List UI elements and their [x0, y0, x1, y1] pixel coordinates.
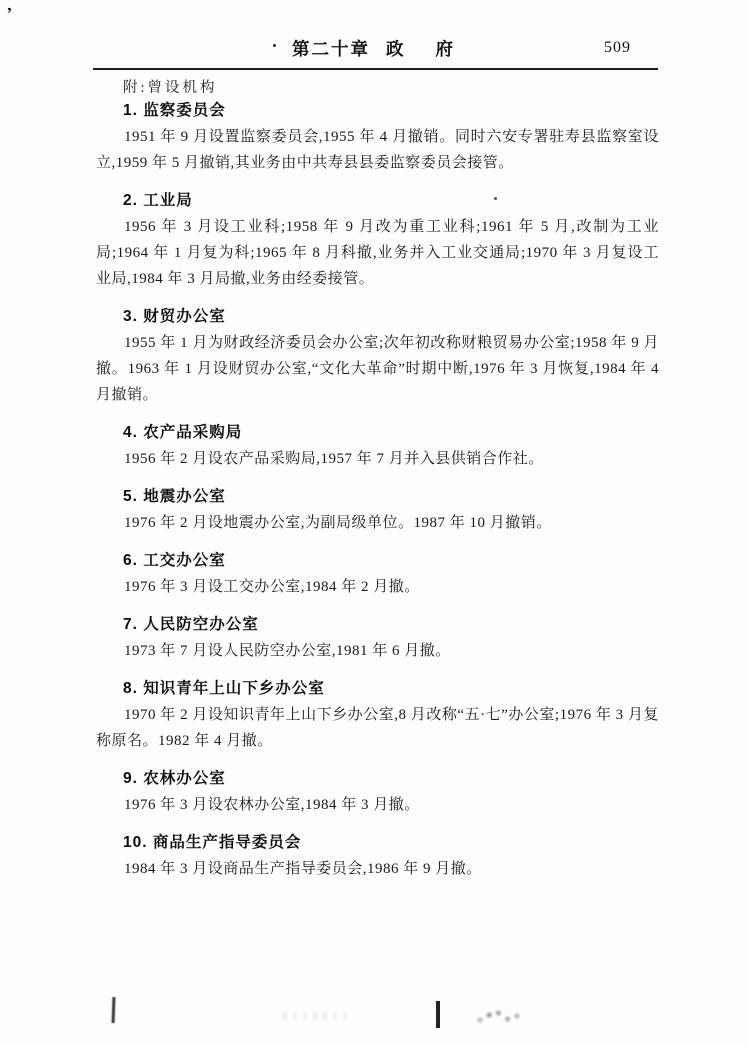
attachment-note: 附:曾设机构	[96, 78, 659, 98]
scan-artifact-tick	[112, 997, 116, 1023]
ink-corner-mark: ’	[6, 4, 14, 24]
section-heading: 9. 农林办公室	[96, 766, 659, 792]
scan-artifact-smudge	[457, 1007, 549, 1027]
section-8: 8. 知识青年上山下乡办公室 1970 年 2 月设知识青年上山下乡办公室,8 …	[96, 676, 659, 754]
section-body: 1976 年 3 月设农林办公室,1984 年 3 月撤。	[96, 792, 659, 818]
section-1: 1. 监察委员会 1951 年 9 月设置监察委员会,1955 年 4 月撤销。…	[96, 98, 659, 176]
section-body: 1973 年 7 月设人民防空办公室,1981 年 6 月撤。	[96, 638, 659, 664]
section-body: 1956 年 2 月设农产品采购局,1957 年 7 月并入县供销合作社。	[96, 446, 659, 472]
section-6: 6. 工交办公室 1976 年 3 月设工交办公室,1984 年 2 月撤。	[96, 548, 659, 600]
section-body: 1956 年 3 月设工业科;1958 年 9 月改为重工业科;1961 年 5…	[96, 214, 659, 292]
scan-speck	[273, 44, 276, 47]
scanned-document-page: ’ 第二十章 政 府 509 附:曾设机构 1. 监察委员会 1951 年 9 …	[0, 0, 747, 1046]
section-heading: 3. 财贸办公室	[96, 304, 659, 330]
section-4: 4. 农产品采购局 1956 年 2 月设农产品采购局,1957 年 7 月并入…	[96, 420, 659, 472]
section-10: 10. 商品生产指导委员会 1984 年 3 月设商品生产指导委员会,1986 …	[96, 830, 659, 882]
section-heading: 7. 人民防空办公室	[96, 612, 659, 638]
chapter-title-word-1: 政	[386, 36, 406, 61]
chapter-title: 第二十章 政 府	[0, 36, 747, 61]
header-rule	[93, 68, 658, 70]
chapter-title-word-2: 府	[436, 36, 456, 61]
section-heading: 4. 农产品采购局	[96, 420, 659, 446]
section-9: 9. 农林办公室 1976 年 3 月设农林办公室,1984 年 3 月撤。	[96, 766, 659, 818]
section-7: 7. 人民防空办公室 1973 年 7 月设人民防空办公室,1981 年 6 月…	[96, 612, 659, 664]
page-number: 509	[604, 39, 631, 57]
section-body: 1955 年 1 月为财政经济委员会办公室;次年初改称财粮贸易办公室;1958 …	[96, 330, 659, 408]
section-heading: 8. 知识青年上山下乡办公室	[96, 676, 659, 702]
section-heading: 5. 地震办公室	[96, 484, 659, 510]
section-heading: 1. 监察委员会	[96, 98, 659, 124]
section-heading: 2. 工业局	[96, 188, 659, 214]
section-heading: 6. 工交办公室	[96, 548, 659, 574]
section-body: 1976 年 3 月设工交办公室,1984 年 2 月撤。	[96, 574, 659, 600]
section-5: 5. 地震办公室 1976 年 2 月设地震办公室,为副局级单位。1987 年 …	[96, 484, 659, 536]
page-content: 附:曾设机构 1. 监察委员会 1951 年 9 月设置监察委员会,1955 年…	[0, 78, 747, 882]
section-body: 1976 年 2 月设地震办公室,为副局级单位。1987 年 10 月撤销。	[96, 510, 659, 536]
section-heading: 10. 商品生产指导委员会	[96, 830, 659, 856]
running-header: 第二十章 政 府 509	[0, 36, 747, 62]
section-body: 1970 年 2 月设知识青年上山下乡办公室,8 月改称“五·七”办公室;197…	[96, 702, 659, 754]
scan-speck	[494, 197, 497, 200]
scan-artifact-smudge	[284, 1012, 350, 1020]
section-body: 1951 年 9 月设置监察委员会,1955 年 4 月撤销。同时六安专署驻寿县…	[96, 124, 659, 176]
section-body: 1984 年 3 月设商品生产指导委员会,1986 年 9 月撤。	[96, 856, 659, 882]
chapter-label: 第二十章	[292, 36, 370, 61]
scan-artifact-bar	[436, 1001, 440, 1028]
section-3: 3. 财贸办公室 1955 年 1 月为财政经济委员会办公室;次年初改称财粮贸易…	[96, 304, 659, 408]
section-2: 2. 工业局 1956 年 3 月设工业科;1958 年 9 月改为重工业科;1…	[96, 188, 659, 292]
